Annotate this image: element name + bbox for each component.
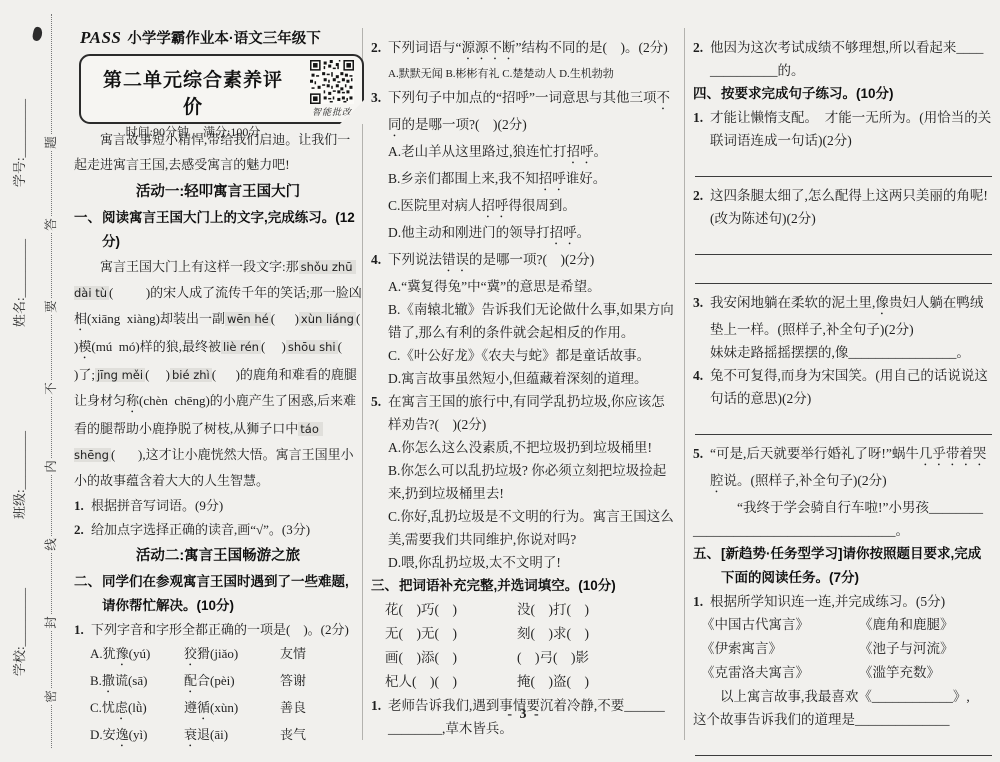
answer-line (695, 233, 992, 255)
seal-char: 题 (43, 134, 60, 151)
option-d: D.喂,你乱扔垃圾,太不文明了! (371, 551, 677, 574)
seal-char: 要 (43, 298, 60, 315)
school-field: 学校:_________ (9, 562, 27, 702)
seal-char: 密 (43, 688, 60, 705)
pinyin-passage: 寓言王国大门上有这样一段文字:那shǒu zhū dài tù( )的宋人成了流… (74, 254, 362, 494)
intro-paragraph: 寓言故事短小精悍,带给我们启迪。让我们一起走进寓言王国,去感受寓言的魅力吧! (74, 127, 362, 177)
column-divider (684, 28, 685, 740)
brand-line: PASS小学学霸作业本·语文三年级下 (80, 27, 362, 48)
favorite-fable-fill: 以上寓言故事,我最喜欢《____________》, (693, 685, 994, 708)
option-d: D.他主动和刚进门的领导打招呼。 (371, 221, 677, 248)
sentence-q1: 1.才能让懒惰支配。 才能一无所为。(用恰当的关联词语连成一句话)(2分) (693, 106, 994, 152)
question-3-stem: 3.下列句子中加点的“招呼”一词意思与其他三项不同的是哪一项?( )(2分) (371, 86, 677, 140)
worksheet-page: 学号:_________ 姓名:_________ 班级:_________ 学… (0, 0, 1000, 762)
question-4-stem: 4.下列说法错误的是哪一项?( )(2分) (371, 248, 677, 275)
book-match-row: 《伊索寓言》《池子与河流》 (693, 637, 994, 661)
option-b: B.你怎么可以乱扔垃圾? 你必须立刻把垃圾捡起来,扔到垃圾桶里去! (371, 459, 677, 505)
idiom-row: 杞人( )( )掩( )盗( ) (371, 670, 677, 694)
option-a: A.“冀复得兔”中“冀”的意思是希望。 (371, 275, 677, 298)
task-item-2: 2.给加点字选择正确的读音,画“√”。(3分) (74, 518, 362, 542)
student-id-field: 学号:_________ (9, 73, 27, 213)
book-match-row: 《克雷洛夫寓言》《滥竽充数》 (693, 661, 994, 685)
book-match-row: 《中国古代寓言》《鹿角和鹿腿》 (693, 613, 994, 637)
option-b: B.乡亲们都围上来,我不知招呼谁好。 (371, 167, 677, 194)
idiom-row: 画( )添( )( )弓( )影 (371, 646, 677, 670)
option-a: A.老山羊从这里路过,狼连忙打招呼。 (371, 140, 677, 167)
pass-logo: PASS (80, 28, 121, 47)
sentence-q5: 5.“可是,后天就要举行婚礼了呀!”蜗牛几乎带着哭腔说。(照样子,补全句子)(2… (693, 442, 994, 496)
section-5-heading: 五、[新趋势·任务型学习]请你按照题目要求,完成下面的阅读任务。(7分) (693, 542, 994, 590)
section-4-heading: 四、按要求完成句子练习。(10分) (693, 82, 994, 106)
option-b: B.《南辕北辙》告诉我们无论做什么事,如果方向错了,那么有利的条件就会起相反的作… (371, 298, 677, 344)
column-divider (362, 28, 363, 740)
option-row: D.安逸(yì)衰退(āi)丧气 (74, 723, 362, 750)
option-row: A.犹豫(yú)狡猾(jiǎo)友情 (74, 642, 362, 669)
scan-artifact (32, 26, 44, 42)
idiom-row: 无( )无( )刻( )求( ) (371, 622, 677, 646)
option-c: C.医院里对病人招呼得很周到。 (371, 194, 677, 221)
section-1-heading: 一、阅读寓言王国大门上的文字,完成练习。(12分) (74, 206, 362, 254)
option-row: C.忧虑(lǜ)遵循(xùn)善良 (74, 696, 362, 723)
sentence-q4: 4.兔不可复得,而身为宋国笑。(用自己的话说说这句话的意思)(2分) (693, 364, 994, 410)
sentence-q3-line: 妹妹走路摇摇摆摆的,像________________。 (693, 341, 994, 364)
sentence-q2: 2.这四条腿太细了,怎么配得上这两只美丽的角呢!(改为陈述句)(2分) (693, 184, 994, 230)
option-c: C.《叶公好龙》《农夫与蛇》都是童话故事。 (371, 344, 677, 367)
question-5-stem: 5.在寓言王国的旅行中,有同学乱扔垃圾,你应该怎样劝告?( )(2分) (371, 390, 677, 436)
page-number: - 3 - (371, 707, 677, 723)
option-row: B.撒谎(sā)配合(pèi)答谢 (74, 669, 362, 696)
reading-q1: 1.根据所学知识连一连,并完成练习。(5分) (693, 590, 994, 613)
sentence-q5-line1: “我终于学会骑自行车啦!”小男孩________ (693, 496, 994, 519)
series-title: 小学学霸作业本·语文三年级下 (127, 31, 320, 47)
column-2: 2.下列词语与“源源不断”结构不同的是( )。(2分) A.默默无闻 B.彬彬有… (371, 36, 677, 740)
section-2-heading: 二、同学们在参观寓言王国时遇到了一些难题,请你帮忙解决。(10分) (74, 570, 362, 618)
option-c: C.你好,乱扔垃圾是不文明的行为。寓言王国这么美,需要我们共同维护,你说对吗? (371, 505, 677, 551)
question-2-stem: 2.下列词语与“源源不断”结构不同的是( )。(2分) (371, 36, 677, 63)
task-item-1: 1.根据拼音写词语。(9分) (74, 494, 362, 518)
option-a: A.你怎么这么没素质,不把垃圾扔到垃圾桶里! (371, 436, 677, 459)
seal-char: 线 (43, 536, 60, 553)
seal-char: 答 (43, 216, 60, 233)
section-3-heading: 三、把词语补充完整,并选词填空。(10分) (371, 574, 677, 598)
answer-line (695, 155, 992, 177)
title-box: 第二单元综合素养评价 时间:90分钟满分:100分 (79, 54, 364, 124)
option-d: D.寓言故事虽然短小,但蕴藏着深刻的道理。 (371, 367, 677, 390)
sentence-q5-line2: ______________________________。 (693, 519, 994, 542)
answer-line (695, 734, 992, 756)
question-2-options: A.默默无闻 B.彬彬有礼 C.楚楚动人 D.生机勃勃 (371, 63, 677, 86)
student-name-field: 姓名:_________ (9, 213, 27, 353)
class-field: 班级:_________ (9, 405, 27, 545)
qr-block: 智能批改 (309, 60, 355, 118)
seal-char: 封 (43, 614, 60, 631)
qr-code (310, 60, 354, 104)
sentence-q3: 3.我安闲地躺在柔软的泥土里,像贵妇人躺在鸭绒垫上一样。(照样子,补全句子)(2… (693, 291, 994, 341)
column-3: 2.他因为这次考试成绩不够理想,所以看起来____ __________的。 四… (693, 36, 994, 762)
unit-title: 第二单元综合素养评价 (97, 65, 289, 119)
seal-char: 内 (43, 458, 60, 475)
idiom-row: 花( )巧( )没( )打( ) (371, 598, 677, 622)
activity-1-heading: 活动一:轻叩寓言王国大门 (74, 179, 362, 205)
seal-char: 不 (43, 380, 60, 397)
answer-line (695, 413, 992, 435)
question-1-stem: 1.下列字音和字形全都正确的一项是( )。(2分) (74, 618, 362, 642)
fill-question-2: 2.他因为这次考试成绩不够理想,所以看起来____ __________的。 (693, 36, 994, 82)
activity-2-heading: 活动二:寓言王国畅游之旅 (74, 543, 362, 569)
column-1: 寓言故事短小精悍,带给我们启迪。让我们一起走进寓言王国,去感受寓言的魅力吧! 活… (74, 127, 362, 750)
moral-fill: 这个故事告诉我们的道理是______________ (693, 708, 994, 731)
answer-line (695, 262, 992, 284)
